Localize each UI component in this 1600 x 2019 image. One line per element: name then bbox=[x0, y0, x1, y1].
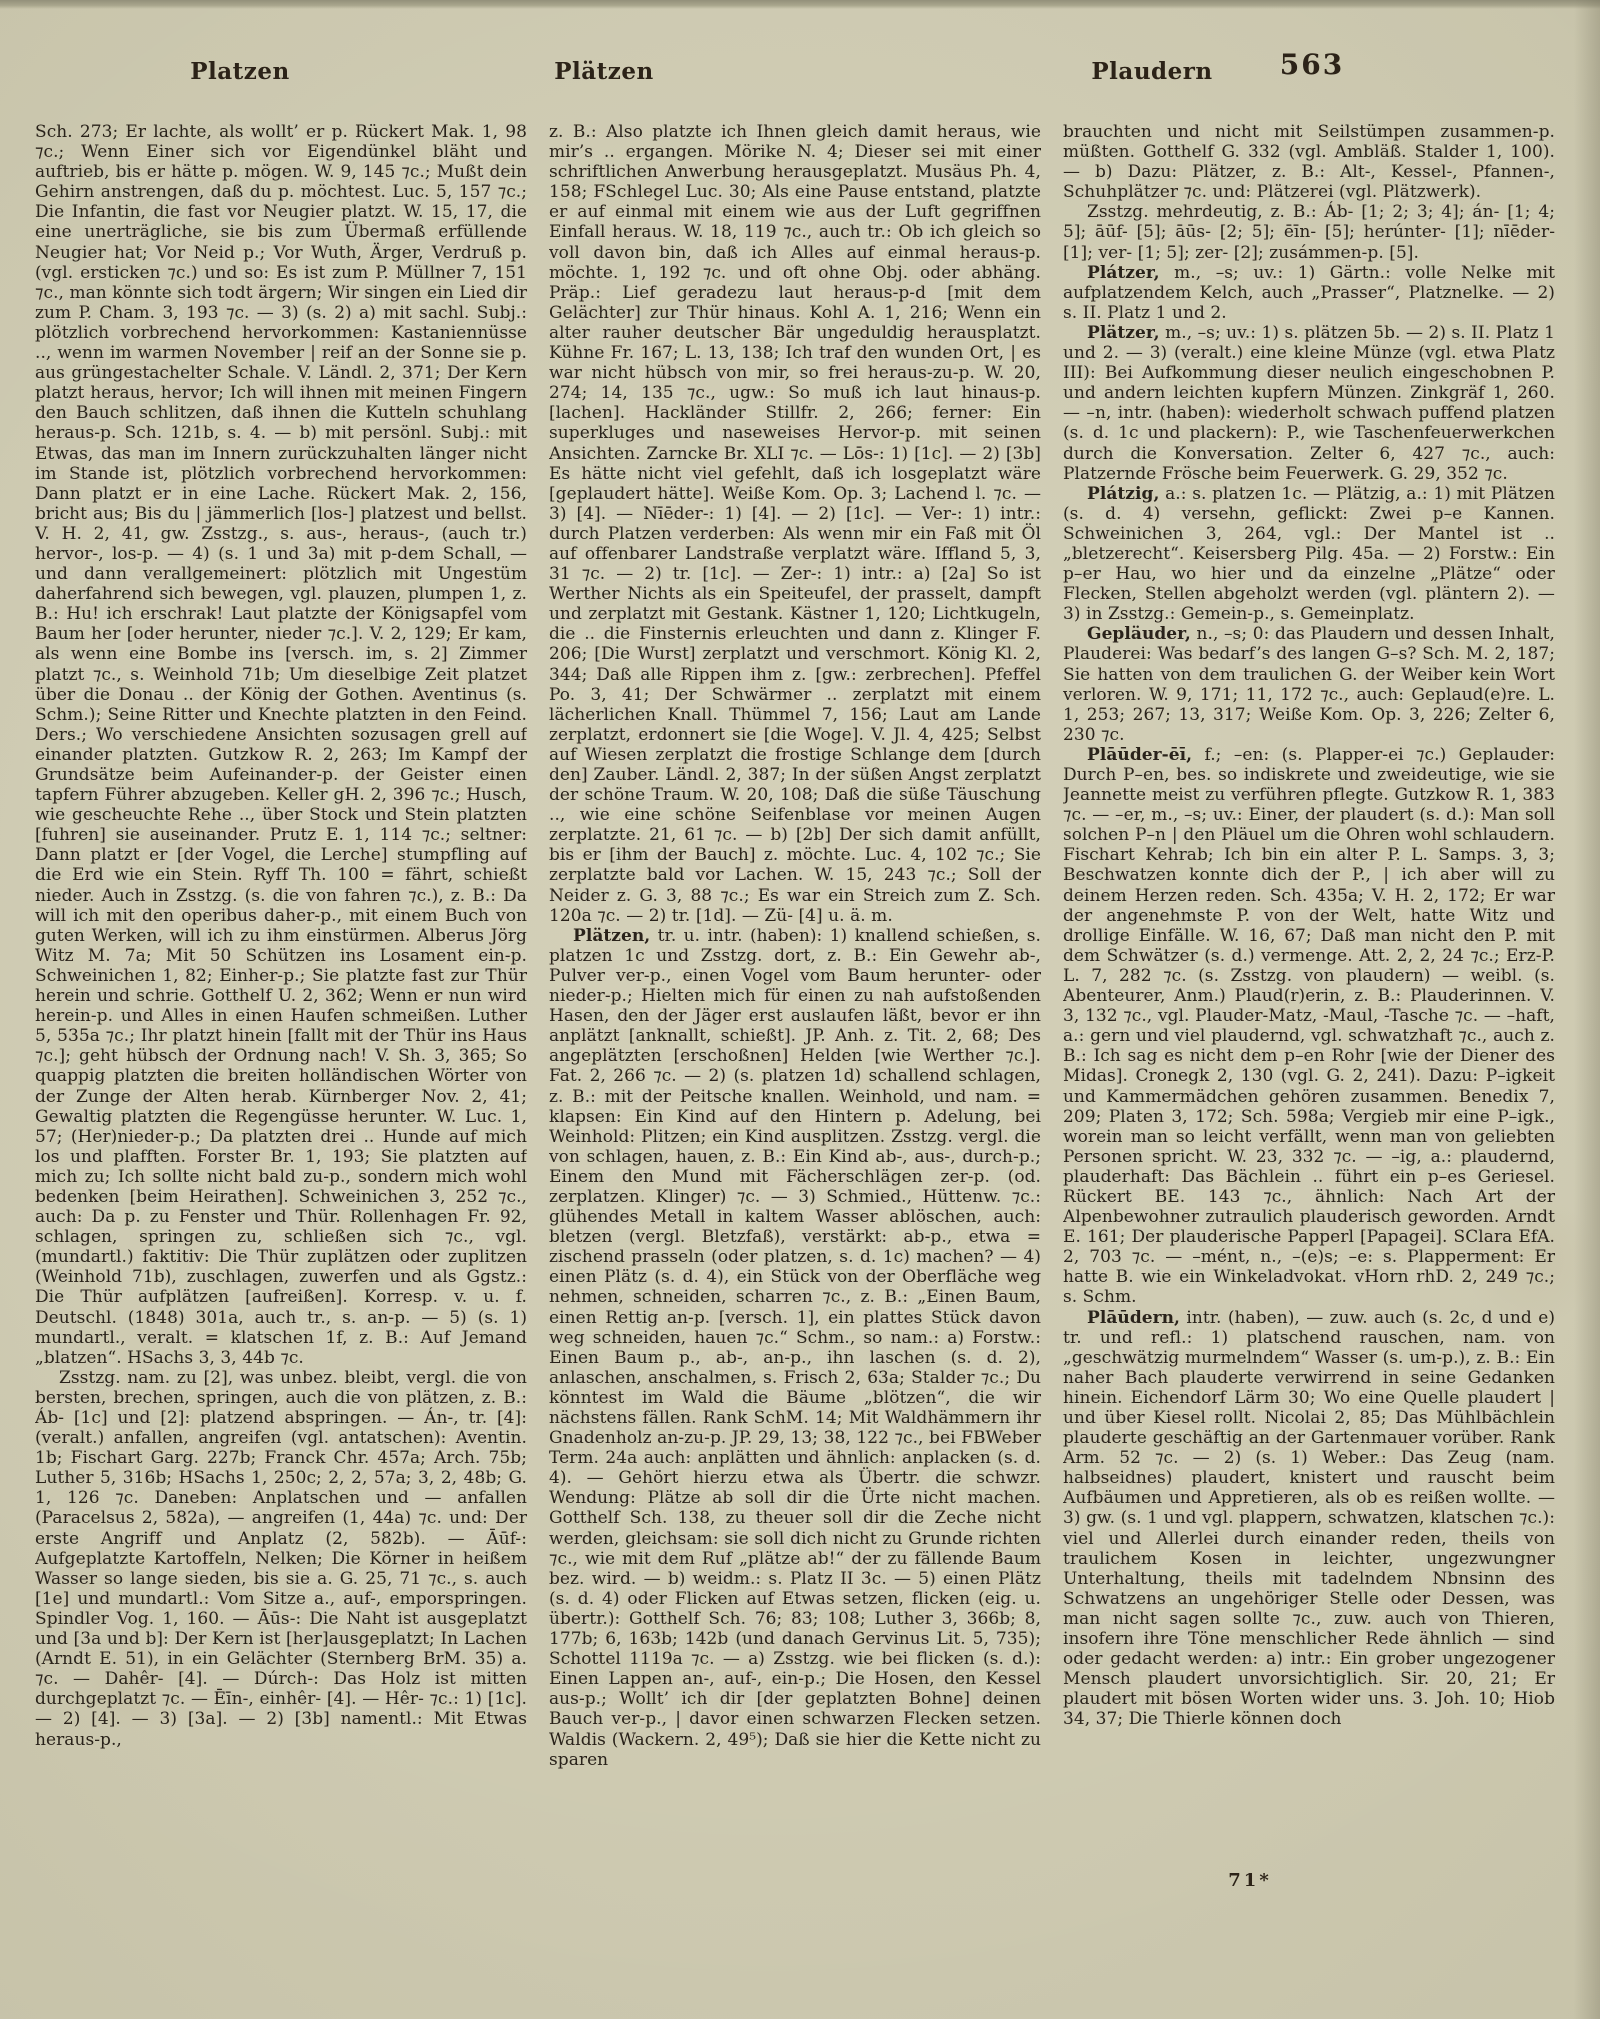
paragraph-text: Sch. 273; Er lachte, als wollt’ er p. Rü… bbox=[35, 122, 527, 1368]
entry-headword: Plätzer, bbox=[1087, 323, 1160, 343]
paragraph-text: Zsstzg. nam. zu [2], was unbez. bleibt, … bbox=[35, 1368, 527, 1750]
paragraph: Zsstzg. nam. zu [2], was unbez. bleibt, … bbox=[35, 1368, 527, 1750]
paragraph-text: brauchten und nicht mit Seilstümpen zusa… bbox=[1063, 122, 1555, 202]
paragraph-text: tr. u. intr. (haben): 1) knallend schieß… bbox=[549, 926, 1041, 1770]
paragraph-text: Zsstzg. mehrdeutig, z. B.: Áb- [1; 2; 3;… bbox=[1063, 202, 1555, 262]
text-column-left: Sch. 273; Er lachte, als wollt’ er p. Rü… bbox=[35, 122, 527, 1878]
entry-paragraph: Plätzen, tr. u. intr. (haben): 1) knalle… bbox=[549, 926, 1041, 1770]
paragraph-text: f.; –en: (s. Plapper-ei ⁊c.) Geplauder: … bbox=[1063, 745, 1555, 1308]
entry-paragraph: Gepläuder, n., –s; 0: das Plaudern und d… bbox=[1063, 624, 1555, 745]
entry-paragraph: Plátzer, m., –s; uv.: 1) Gärtn.: volle N… bbox=[1063, 263, 1555, 323]
paragraph: Zsstzg. mehrdeutig, z. B.: Áb- [1; 2; 3;… bbox=[1063, 202, 1555, 262]
paragraph-text: a.: s. platzen 1c. — Plätzig, a.: 1) mit… bbox=[1063, 484, 1555, 625]
entry-headword: Plátzig, bbox=[1087, 484, 1159, 504]
text-column-center: z. B.: Also platzte ich Ihnen gleich dam… bbox=[549, 122, 1041, 1878]
text-column-right: brauchten und nicht mit Seilstümpen zusa… bbox=[1063, 122, 1555, 1878]
signature-mark: 71* bbox=[1190, 1870, 1310, 1891]
entry-headword: Plátzer, bbox=[1087, 263, 1160, 283]
paragraph-text: intr. (haben), — zuw. auch (s. 2c, d und… bbox=[1063, 1308, 1555, 1730]
paragraph-text: m., –s; uv.: 1) s. plätzen 5b. — 2) s. I… bbox=[1063, 323, 1555, 484]
paragraph-text: z. B.: Also platzte ich Ihnen gleich dam… bbox=[549, 122, 1041, 926]
dictionary-page: Platzen Plätzen Plaudern 563 Sch. 273; E… bbox=[0, 0, 1600, 2019]
paragraph: Sch. 273; Er lachte, als wollt’ er p. Rü… bbox=[35, 122, 527, 1368]
page-number: 563 bbox=[1252, 48, 1372, 81]
entry-headword: Gepläuder, bbox=[1087, 624, 1191, 644]
entry-paragraph: Plátzig, a.: s. platzen 1c. — Plätzig, a… bbox=[1063, 484, 1555, 625]
paragraph: brauchten und nicht mit Seilstümpen zusa… bbox=[1063, 122, 1555, 202]
paragraph: z. B.: Also platzte ich Ihnen gleich dam… bbox=[549, 122, 1041, 926]
entry-paragraph: Plätzer, m., –s; uv.: 1) s. plätzen 5b. … bbox=[1063, 323, 1555, 484]
entry-headword: Plāūder-ēī, bbox=[1087, 745, 1192, 765]
running-head-right: Plaudern bbox=[1052, 58, 1252, 88]
entry-headword: Plätzen, bbox=[573, 926, 650, 946]
running-head-left: Platzen bbox=[140, 58, 340, 88]
entry-paragraph: Plāūdern, intr. (haben), — zuw. auch (s.… bbox=[1063, 1308, 1555, 1730]
running-head-center: Plätzen bbox=[504, 58, 704, 88]
entry-headword: Plāūdern, bbox=[1087, 1308, 1180, 1328]
entry-paragraph: Plāūder-ēī, f.; –en: (s. Plapper-ei ⁊c.)… bbox=[1063, 745, 1555, 1308]
